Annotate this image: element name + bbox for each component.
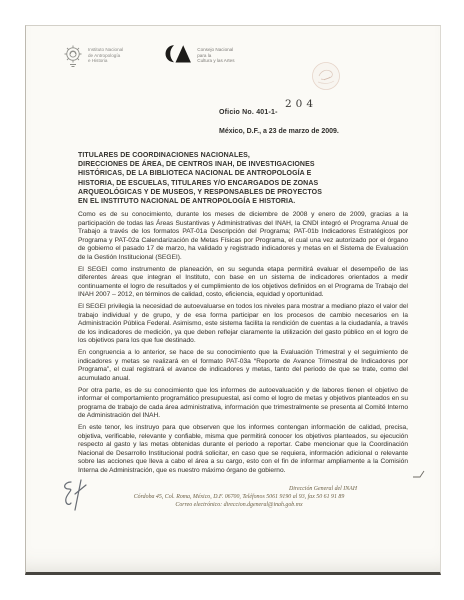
paragraph: Por otra parte, es de su conocimiento qu… <box>78 387 408 421</box>
recipient-line: TITULARES DE COORDINACIONES NACIONALES, <box>78 151 418 160</box>
recipient-line: HISTORIA, DE ESCUELAS, TITULARES Y/O ENC… <box>78 179 418 188</box>
conaculta-ca-icon <box>165 44 193 69</box>
conaculta-logo-text: Consejo Nacional para la Cultura y las A… <box>197 44 234 64</box>
oficio-number-label: Oficio No. 401-1- <box>219 109 278 116</box>
scanned-letter-screenshot: { "document": { "header": { "inah_logo_l… <box>0 0 464 600</box>
folio-stamp: 204 <box>285 98 317 110</box>
footer-email-line: Correo electrónico: direccion.dgeneral@i… <box>111 501 367 509</box>
paragraph: Como es de su conocimiento, durante los … <box>78 211 408 262</box>
inah-logo: Instituto Nacional de Antropología e His… <box>62 44 123 73</box>
paragraph: El SEGEI privilegia la necesidad de auto… <box>78 303 408 346</box>
recipient-line: DIRECCIONES DE ÁREA, DE CENTROS INAH, DE… <box>78 160 418 169</box>
paragraph: En este tenor, les instruyo para que obs… <box>78 424 408 475</box>
letterhead: Instituto Nacional de Antropología e His… <box>62 44 235 73</box>
date-line: México, D.F., a 23 de marzo de 2009. <box>219 128 339 135</box>
inah-emblem-icon <box>62 44 84 73</box>
conaculta-logo: Consejo Nacional para la Cultura y las A… <box>165 44 234 73</box>
handwritten-initials <box>57 478 97 521</box>
paragraph: En congruencia a lo anterior, se hace de… <box>78 349 408 383</box>
recipients-block: TITULARES DE COORDINACIONES NACIONALES, … <box>78 151 418 206</box>
recipient-line: HISTÓRICAS, DE LA BIBLIOTECA NACIONAL DE… <box>78 169 418 178</box>
recipient-line: ARQUEOLÓGICAS Y DE MUSEOS, Y RESPONSABLE… <box>78 188 418 197</box>
paragraph: El SEGEI como instrumento de planeación,… <box>78 266 408 300</box>
footer-office-line: Dirección General del INAH <box>111 485 367 493</box>
official-seal-icon <box>310 60 342 97</box>
scanned-page: Instituto Nacional de Antropología e His… <box>25 25 441 575</box>
inah-logo-text: Instituto Nacional de Antropología e His… <box>88 44 123 64</box>
letter-body: Como es de su conocimiento, durante los … <box>78 211 408 479</box>
recipient-line: EN EL INSTITUTO NACIONAL DE ANTROPOLOGÍA… <box>78 197 418 206</box>
margin-tick-mark <box>412 469 426 481</box>
letterhead-footer: Dirección General del INAH Córdoba 45, C… <box>111 485 367 510</box>
footer-address-line: Córdoba 45, Col. Roma, México, D.F. 0670… <box>111 493 367 501</box>
